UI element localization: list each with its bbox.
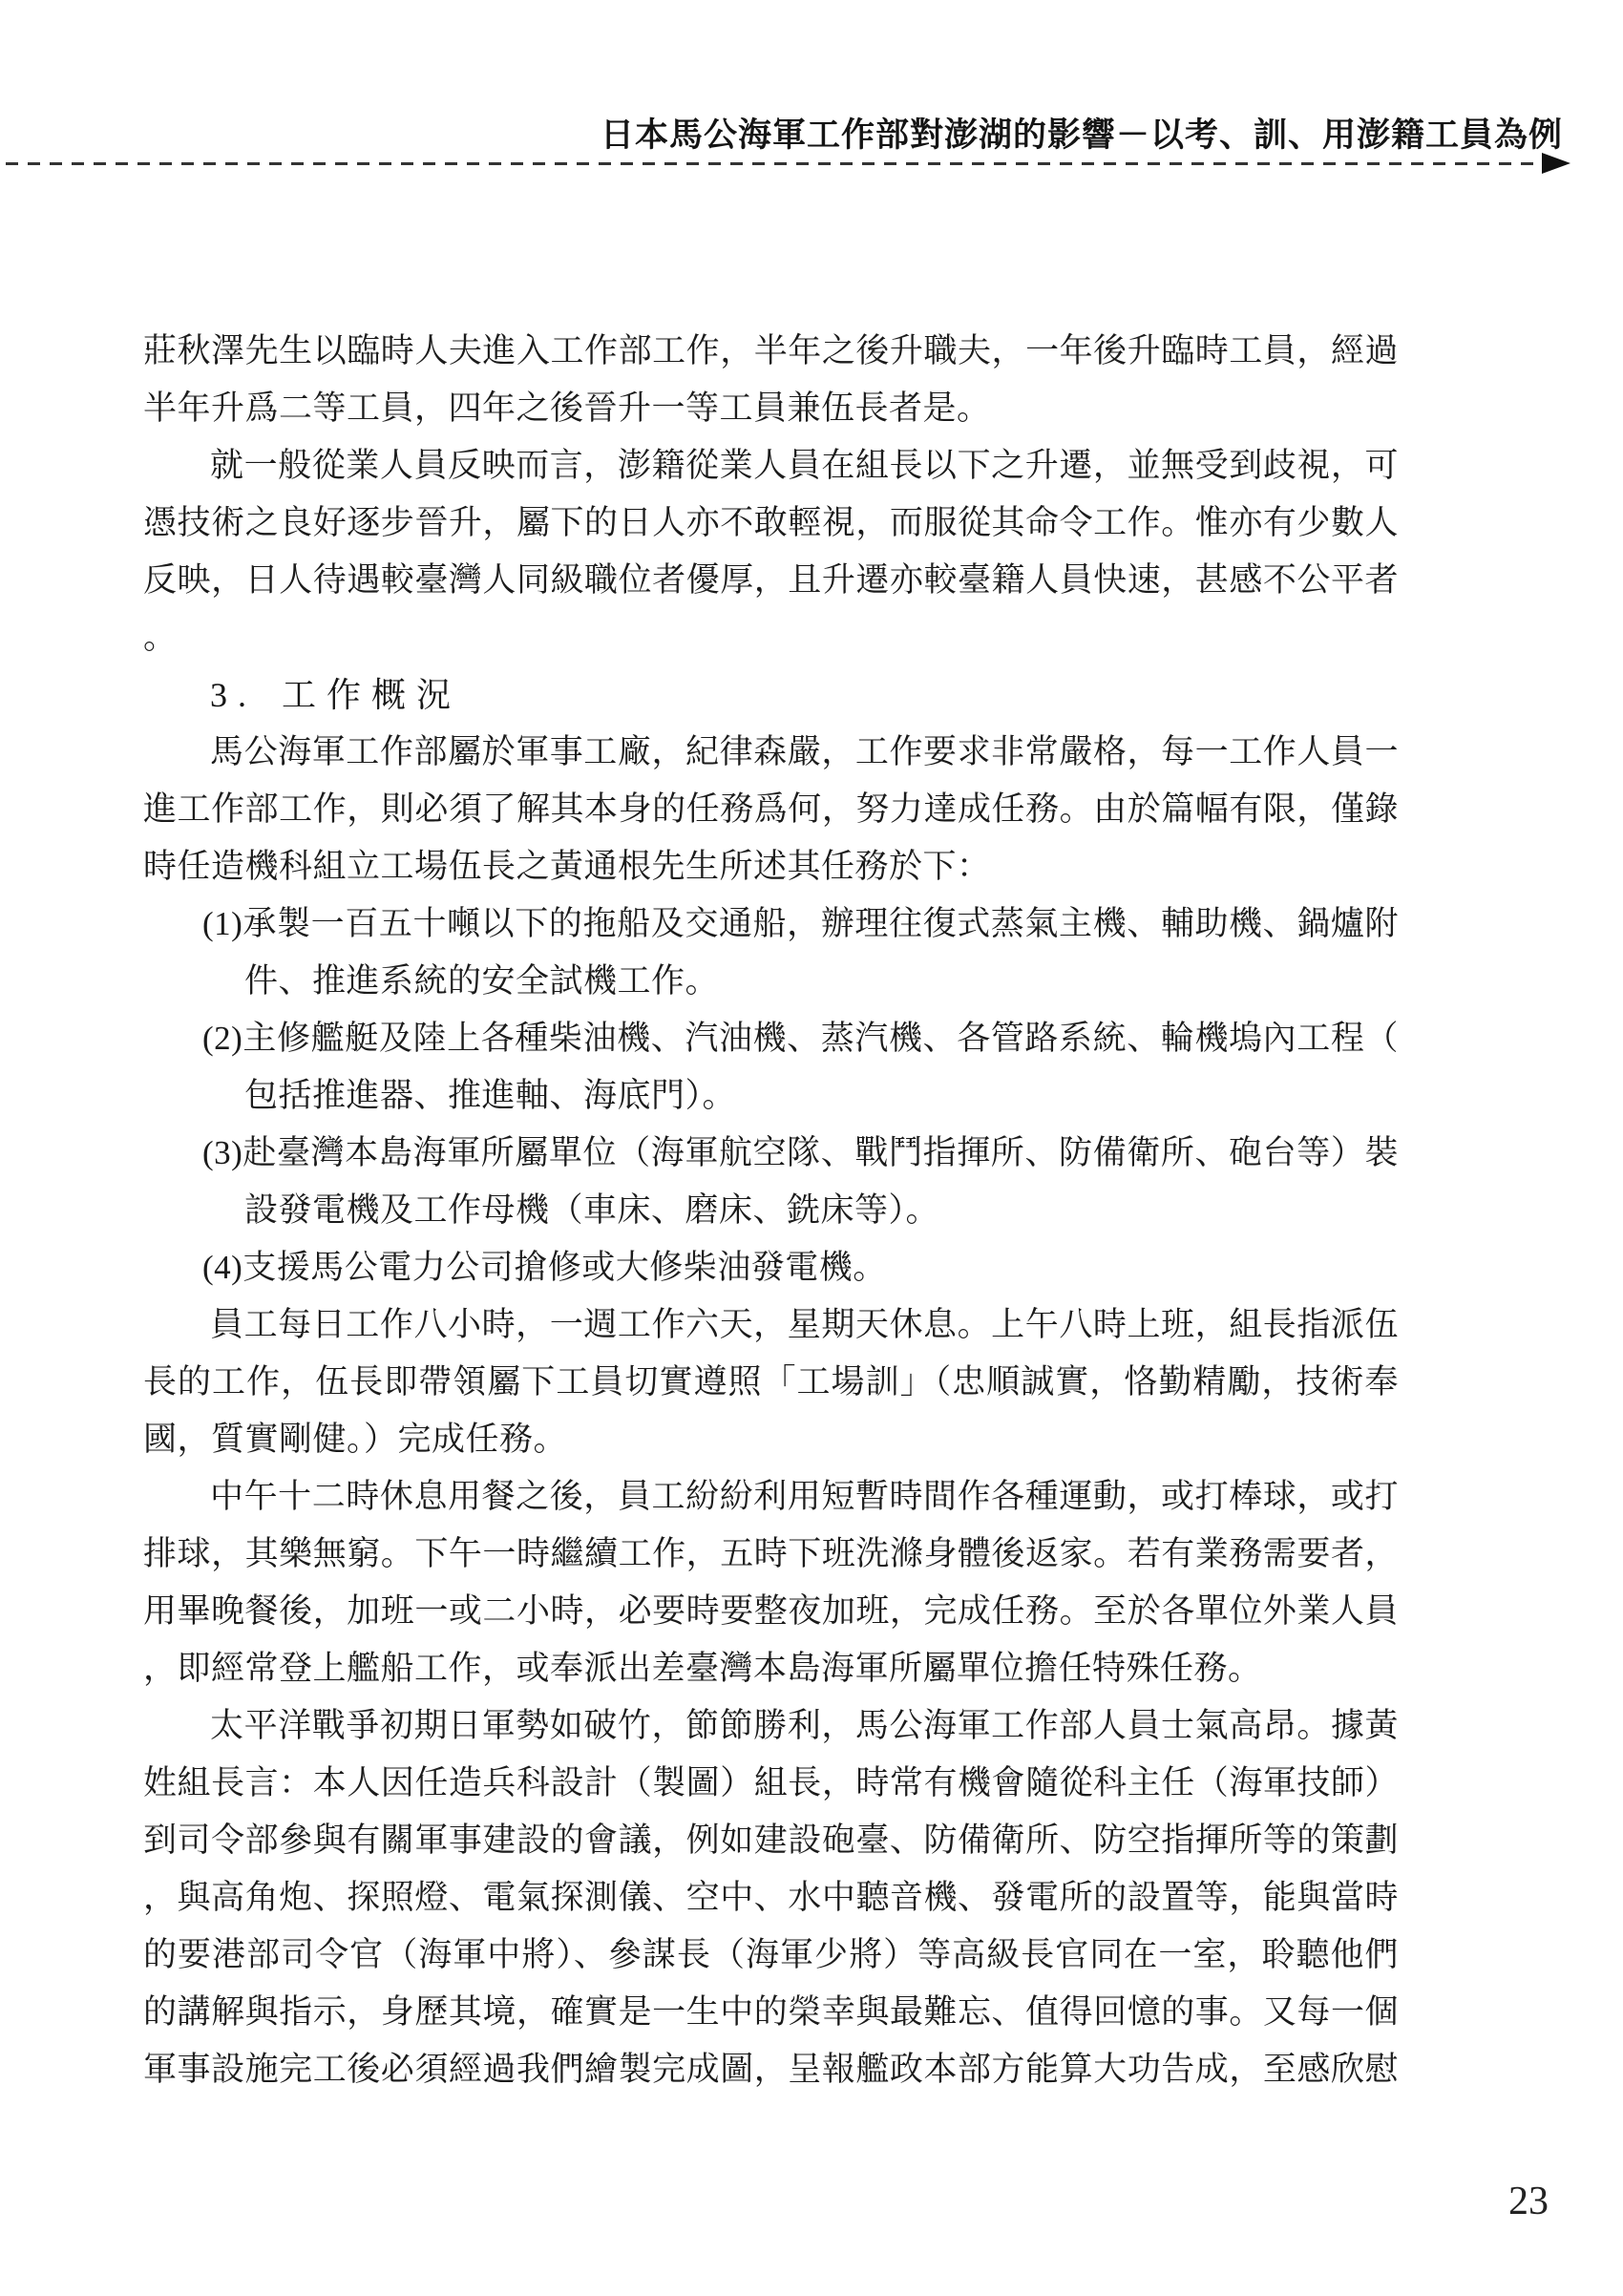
- text-line: 半年升爲二等工員，四年之後晉升一等工員兼伍長者是。: [143, 380, 1399, 437]
- document-page: 日本馬公海軍工作部對澎湖的影響－以考、訓、用澎籍工員為例 莊秋澤先生以臨時人夫進…: [0, 0, 1623, 2296]
- text-line: 到司令部參與有關軍事建設的會議，例如建設砲臺、防備衛所、防空指揮所等的策劃: [143, 1812, 1399, 1869]
- text-line: (2)主修艦艇及陸上各種柴油機、汽油機、蒸汽機、各管路系統、輪機塢內工程（: [143, 1010, 1399, 1067]
- text-line: 進工作部工作，則必須了解其本身的任務爲何，努力達成任務。由於篇幅有限，僅錄: [143, 781, 1399, 838]
- text-line: 員工每日工作八小時，一週工作六天，星期天休息。上午八時上班，組長指派伍: [143, 1296, 1399, 1354]
- text-line: 軍事設施完工後必須經過我們繪製完成圖，呈報艦政本部方能算大功告成，至感欣慰: [143, 2041, 1399, 2098]
- text-line: 反映，日人待遇較臺灣人同級職位者優厚，且升遷亦較臺籍人員快速，甚感不公平者: [143, 552, 1399, 609]
- text-line: 設發電機及工作母機（車床、磨床、銑床等）。: [143, 1182, 1399, 1239]
- text-line: 的講解與指示，身歷其境，確實是一生中的榮幸與最難忘、值得回憶的事。又每一個: [143, 1984, 1399, 2041]
- section-heading: 3. 工作概況: [143, 666, 1399, 724]
- text-line: 的要港部司令官（海軍中將）、參謀長（海軍少將）等高級長官同在一室，聆聽他們: [143, 1927, 1399, 1984]
- page-number: 23: [1508, 2179, 1549, 2224]
- text-line: 莊秋澤先生以臨時人夫進入工作部工作，半年之後升職夫，一年後升臨時工員，經過: [143, 323, 1399, 380]
- text-line: 國，質實剛健。）完成任務。: [143, 1411, 1399, 1468]
- text-line: 排球，其樂無窮。下午一時繼續工作，五時下班洗滌身體後返家。若有業務需要者，: [143, 1526, 1399, 1583]
- header-dashed-rule: [6, 162, 1545, 165]
- text-line: 太平洋戰爭初期日軍勢如破竹，節節勝利，馬公海軍工作部人員士氣高昂。據黃: [143, 1697, 1399, 1755]
- text-line: 時任造機科組立工場伍長之黃通根先生所述其任務於下：: [143, 838, 1399, 895]
- text-line: 馬公海軍工作部屬於軍事工廠，紀律森嚴，工作要求非常嚴格，每一工作人員一: [143, 724, 1399, 781]
- text-line: (3)赴臺灣本島海軍所屬單位（海軍航空隊、戰鬥指揮所、防備衛所、砲台等）裝: [143, 1125, 1399, 1182]
- text-line: 姓組長言：本人因任造兵科設計（製圖）組長，時常有機會隨從科主任（海軍技師）: [143, 1755, 1399, 1812]
- text-line: 。: [143, 609, 1399, 666]
- text-line: (4)支援馬公電力公司搶修或大修柴油發電機。: [143, 1239, 1399, 1296]
- text-line: 中午十二時休息用餐之後，員工紛紛利用短暫時間作各種運動，或打棒球，或打: [143, 1468, 1399, 1526]
- text-line: 件、推進系統的安全試機工作。: [143, 953, 1399, 1010]
- arrow-right-icon: [1542, 153, 1570, 174]
- text-line: ，即經常登上艦船工作，或奉派出差臺灣本島海軍所屬單位擔任特殊任務。: [143, 1640, 1399, 1697]
- running-header-title: 日本馬公海軍工作部對澎湖的影響－以考、訓、用澎籍工員為例: [601, 116, 1563, 155]
- text-line: 就一般從業人員反映而言，澎籍從業人員在組長以下之升遷，並無受到歧視，可: [143, 437, 1399, 495]
- text-line: (1)承製一百五十噸以下的拖船及交通船，辦理往復式蒸氣主機、輔助機、鍋爐附: [143, 895, 1399, 953]
- text-line: 包括推進器、推進軸、海底門）。: [143, 1067, 1399, 1125]
- body-text: 莊秋澤先生以臨時人夫進入工作部工作，半年之後升職夫，一年後升臨時工員，經過半年升…: [143, 323, 1399, 2098]
- text-line: ，與高角炮、探照燈、電氣探測儀、空中、水中聽音機、發電所的設置等，能與當時: [143, 1869, 1399, 1927]
- text-line: 長的工作，伍長即帶領屬下工員切實遵照「工場訓」（忠順誠實，恪勤精勵，技術奉: [143, 1354, 1399, 1411]
- text-line: 憑技術之良好逐步晉升，屬下的日人亦不敢輕視，而服從其命令工作。惟亦有少數人: [143, 495, 1399, 552]
- text-line: 用畢晚餐後，加班一或二小時，必要時要整夜加班，完成任務。至於各單位外業人員: [143, 1583, 1399, 1640]
